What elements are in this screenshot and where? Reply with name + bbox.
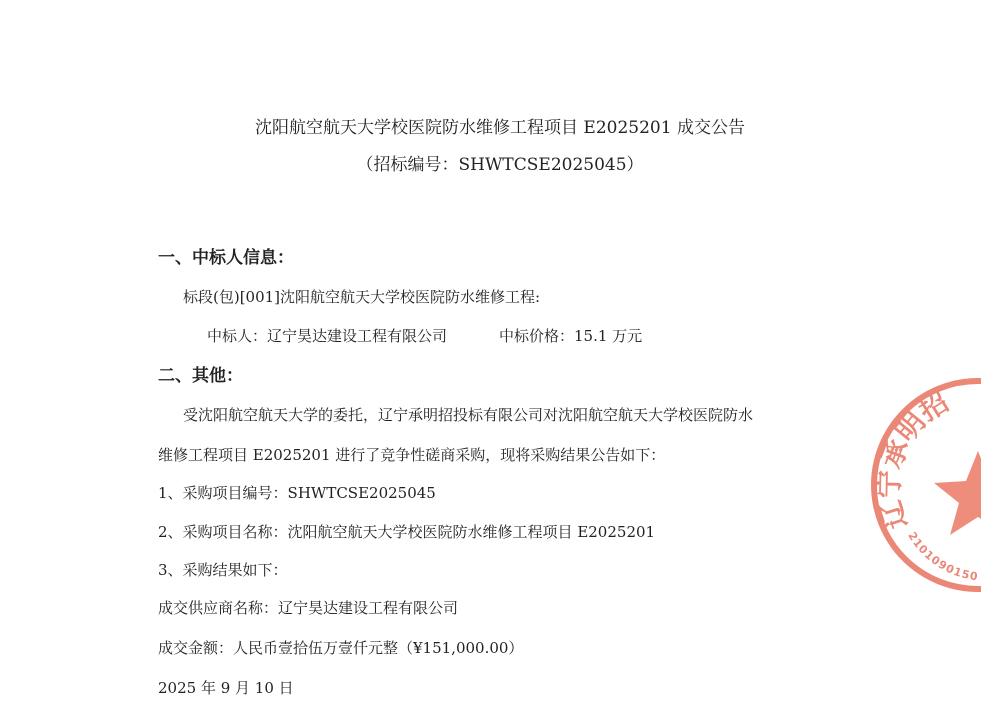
stamp-clip: 辽宁承明招 2101090150	[0, 0, 981, 702]
lot-description: 标段(包)[001]沈阳航空航天大学校医院防水维修工程:	[183, 287, 540, 307]
paragraph-line-2: 维修工程项目 E2025201 进行了竞争性磋商采购，现将采购结果公告如下：	[158, 445, 665, 465]
document-title: 沈阳航空航天大学校医院防水维修工程项目 E2025201 成交公告	[0, 117, 990, 139]
winner-price: 中标价格：15.1 万元	[499, 327, 642, 345]
paragraph-line-1: 受沈阳航空航天大学的委托，辽宁承明招投标有限公司对沈阳航空航天大学校医院防水	[183, 405, 753, 425]
supplier-name: 成交供应商名称：辽宁昊达建设工程有限公司	[158, 598, 458, 618]
official-seal-icon: 辽宁承明招 2101090150	[868, 375, 981, 595]
svg-text:辽宁承明招: 辽宁承明招	[872, 385, 954, 533]
announcement-date: 2025 年 9 月 10 日	[158, 678, 294, 698]
svg-text:2101090150: 2101090150	[905, 530, 979, 584]
deal-amount: 成交金额：人民币壹拾伍万壹仟元整（¥151,000.00）	[158, 638, 523, 658]
procurement-item-number: 1、采购项目编号：SHWTCSE2025045	[158, 483, 436, 503]
winner-row: 中标人：辽宁昊达建设工程有限公司中标价格：15.1 万元	[207, 326, 642, 346]
procurement-item-result: 3、采购结果如下：	[158, 560, 288, 580]
section-heading-winner-info: 一、中标人信息：	[158, 247, 294, 269]
procurement-item-name: 2、采购项目名称：沈阳航空航天大学校医院防水维修工程项目 E2025201	[158, 522, 655, 542]
winner-name: 中标人：辽宁昊达建设工程有限公司	[207, 327, 447, 345]
document-subtitle: （招标编号：SHWTCSE2025045）	[0, 154, 990, 176]
section-heading-other: 二、其他：	[158, 365, 243, 387]
